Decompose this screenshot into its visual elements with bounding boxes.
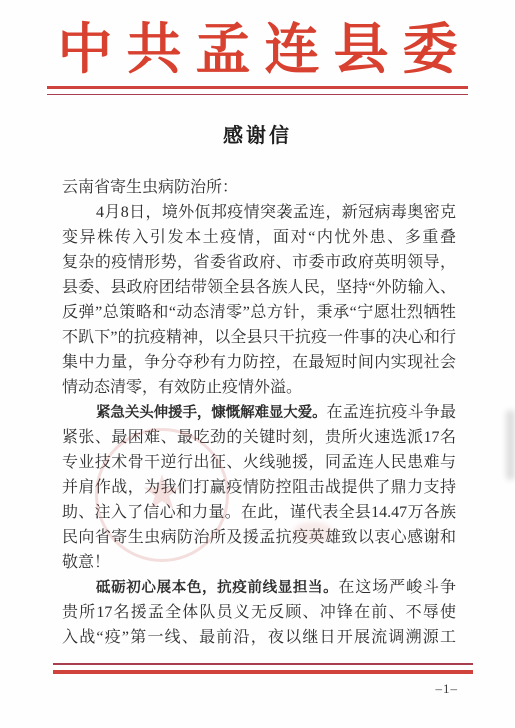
text-line: 复杂的疫情形势，省委省政府、市委市政府英明领导，孟连 xyxy=(62,250,456,275)
body-text-segment: 集中力量，争分夺秒有力防控，在最短时间内实现社会面疫 xyxy=(62,354,456,375)
body-text-segment: 4月8日，境外佤邦疫情突袭孟连，新冠病毒奥密克戎 xyxy=(62,204,456,225)
body-text-segment: 紧张、最困难、最吃劲的关键时刻，贵所火速选派17名流调 xyxy=(62,429,456,450)
letterhead-rule-thick xyxy=(47,86,468,89)
document-title: 感谢信 xyxy=(0,119,515,148)
text-line: 不趴下”的抗疫精神，以全县只干抗疫一件事的决心和行动， xyxy=(62,325,456,350)
body-text-segment: 变异株传入引发本土疫情，面对“内忧外患、多重叠加”严峻 xyxy=(62,229,456,250)
text-line: 情动态清零，有效防止疫情外溢。 xyxy=(62,375,456,400)
letterhead-rule-thin xyxy=(47,94,468,95)
body-text-segment: 云南省寄生虫病防治所： xyxy=(62,179,238,196)
text-line: 民向省寄生虫病防治所及援孟抗疫英雄致以衷心感谢和崇高 xyxy=(62,525,456,550)
scanner-streak-artifact xyxy=(506,410,515,480)
text-line: 助、注入了信心和力量。在此，谨代表全县14.47万各族人 xyxy=(62,500,456,525)
body-text-segment: 不趴下”的抗疫精神，以全县只干抗疫一件事的决心和行动， xyxy=(62,329,456,350)
text-line: 敬意！ xyxy=(62,550,456,575)
body-text-segment: 专业技术骨干逆行出征、火线驰援，同孟连人民患难与共、 xyxy=(62,454,456,475)
text-line: 专业技术骨干逆行出征、火线驰援，同孟连人民患难与共、 xyxy=(62,450,456,475)
body-text-segment: 并肩作战，为我们打赢疫情防控阻击战提供了鼎力支持和帮 xyxy=(62,479,456,500)
body-text-segment: 民向省寄生虫病防治所及援孟抗疫英雄致以衷心感谢和崇高 xyxy=(62,529,456,550)
text-line: 县委、县政府团结带领全县各族人民，坚持“外防输入、内防 xyxy=(62,275,456,300)
body-text-segment: 助、注入了信心和力量。在此，谨代表全县14.47万各族人 xyxy=(62,504,456,525)
text-line: 并肩作战，为我们打赢疫情防控阻击战提供了鼎力支持和帮 xyxy=(62,475,456,500)
text-line: 紧张、最困难、最吃劲的关键时刻，贵所火速选派17名流调 xyxy=(62,425,456,450)
text-line: 变异株传入引发本土疫情，面对“内忧外患、多重叠加”严峻 xyxy=(62,225,456,250)
footer-rule-thick xyxy=(53,670,473,674)
body-text-segment: 反弹”总策略和“动态清零”总方针，秉承“宁愿壮烈牺牲也决 xyxy=(62,304,456,325)
footer-rule-thin xyxy=(53,663,473,665)
body-text-segment: 复杂的疫情形势，省委省政府、市委市政府英明领导，孟连 xyxy=(62,254,456,275)
text-line: 紧急关头伸援手，慷慨解难显大爱。在孟连抗疫斗争最 xyxy=(62,400,456,425)
body-text-segment: 在孟连抗疫斗争最 xyxy=(327,404,456,421)
text-line: 砥砺初心展本色，抗疫前线显担当。在这场严峻斗争中， xyxy=(62,575,456,600)
text-line: 入战“疫”第一线、最前沿，夜以继日开展流调溯源工作，同 xyxy=(62,625,456,650)
document-body: 云南省寄生虫病防治所：4月8日，境外佤邦疫情突袭孟连，新冠病毒奥密克戎变异株传入… xyxy=(62,175,456,650)
bold-lead-phrase: 砥砺初心展本色，抗疫前线显担当。 xyxy=(96,580,338,596)
text-line: 集中力量，争分夺秒有力防控，在最短时间内实现社会面疫 xyxy=(62,350,456,375)
text-line: 贵所17名援孟全体队员义无反顾、冲锋在前、不辱使命，深 xyxy=(62,600,456,625)
scanned-letter-page: 中共孟连县委 感谢信 云南省寄生虫病防治所：4月8日，境外佤邦疫情突袭孟连，新冠… xyxy=(0,0,515,728)
bold-lead-phrase: 紧急关头伸援手，慷慨解难显大爱。 xyxy=(96,405,327,421)
letterhead-org-name: 中共孟连县委 xyxy=(0,16,515,84)
text-line: 4月8日，境外佤邦疫情突袭孟连，新冠病毒奥密克戎 xyxy=(62,200,456,225)
body-text-segment: 敬意！ xyxy=(62,554,110,571)
body-text-segment: 入战“疫”第一线、最前沿，夜以继日开展流调溯源工作，同 xyxy=(62,629,456,650)
text-line: 反弹”总策略和“动态清零”总方针，秉承“宁愿壮烈牺牲也决 xyxy=(62,300,456,325)
body-text-segment: 县委、县政府团结带领全县各族人民，坚持“外防输入、内防 xyxy=(62,279,456,300)
body-text-segment: 情动态清零，有效防止疫情外溢。 xyxy=(62,379,302,396)
text-line: 云南省寄生虫病防治所： xyxy=(62,175,456,200)
body-text-segment: 贵所17名援孟全体队员义无反顾、冲锋在前、不辱使命，深 xyxy=(62,604,456,625)
page-number: –1– xyxy=(436,681,459,697)
